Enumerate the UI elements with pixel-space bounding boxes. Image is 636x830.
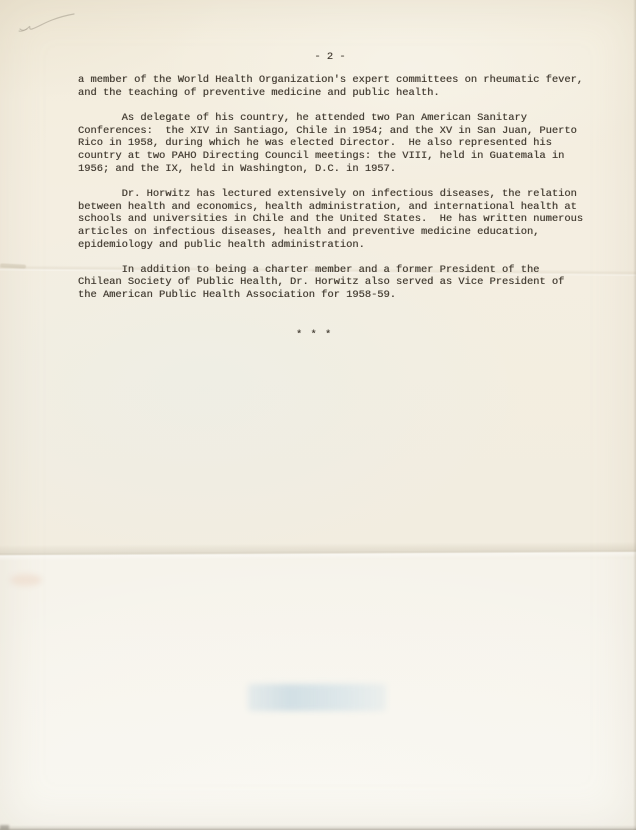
typed-asterisk-separator: * * * <box>296 329 332 342</box>
document-body: a member of the World Health Organizatio… <box>78 74 583 314</box>
fold-crease-lower-highlight <box>0 550 636 561</box>
pink-smudge <box>10 574 42 586</box>
pencil-scribble-mark <box>14 5 80 39</box>
paragraph-who-committees: a member of the World Health Organizatio… <box>78 74 583 99</box>
page-bottom-edge-shadow <box>0 825 636 830</box>
fold-crease-upper-left-nick <box>0 263 26 268</box>
blue-smudge <box>248 684 386 711</box>
bottom-left-corner-shadow <box>0 825 9 830</box>
page-number: - 2 - <box>77 51 583 64</box>
paragraph-lectures-articles: Dr. Horwitz has lectured extensively on … <box>78 188 583 251</box>
pencil-scribble-icon <box>14 5 80 39</box>
paragraph-sanitary-conferences: As delegate of his country, he attended … <box>78 112 583 175</box>
paragraph-memberships: In addition to being a charter member an… <box>78 264 583 302</box>
fold-crease-lower-shadow <box>0 542 636 553</box>
scanned-document-page: - 2 - a member of the World Health Organ… <box>0 0 636 830</box>
